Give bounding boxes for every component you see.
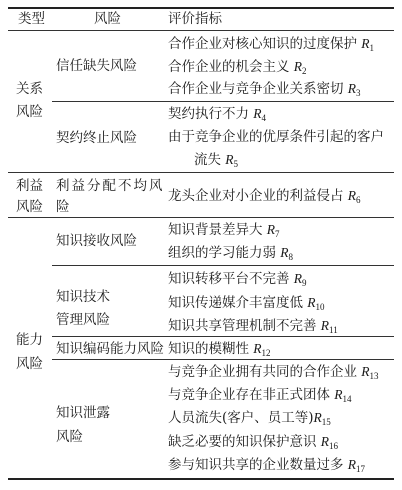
indicator-cell: 知识传递媒介丰富度低 R10 <box>168 295 325 315</box>
indicator-cell: 合作企业的机会主义 R2 <box>168 59 307 79</box>
group-rule <box>8 217 394 218</box>
header-rule <box>8 30 394 31</box>
risk-cell: 风险 <box>56 429 83 445</box>
risk-cell: 知识泄露 <box>56 405 110 421</box>
indicator-cell: 缺乏必要的知识保护意识 R16 <box>168 434 338 454</box>
indicator-cell: 知识转移平台不完善 R9 <box>168 271 307 291</box>
risk-cell: 利益分配不均风 <box>56 178 165 194</box>
indicator-cell: 参与知识共享的企业数量过多 R17 <box>168 457 365 477</box>
indicator-cell: 知识背景差异大 R7 <box>168 222 280 242</box>
risk-cell: 信任缺失风险 <box>56 58 137 74</box>
risk-cell: 管理风险 <box>56 312 110 328</box>
indicator-cell: 组织的学习能力弱 R8 <box>168 245 293 265</box>
indicator-cell: 知识的模糊性 R12 <box>168 341 271 361</box>
indicator-cell: 与竞争企业拥有共同的合作企业 R13 <box>168 364 379 384</box>
row-rule <box>52 101 394 102</box>
group-rule <box>8 172 394 173</box>
risk-cell: 知识技术 <box>56 289 110 305</box>
type-cell: 利益 <box>16 178 43 194</box>
type-cell: 风险 <box>16 199 43 215</box>
header-type: 类型 <box>18 11 45 27</box>
type-cell: 风险 <box>16 356 43 372</box>
indicator-cell: 与竞争企业存在非正式团体 R14 <box>168 387 352 407</box>
top-rule <box>8 7 394 9</box>
indicator-cell: 合作企业对核心知识的过度保护 R1 <box>168 36 374 56</box>
header-risk: 风险 <box>94 11 121 27</box>
indicator-cell: 合作企业与竞争企业关系密切 R3 <box>168 81 361 101</box>
indicator-cell: 知识共享管理机制不完善 R11 <box>168 318 338 338</box>
indicator-cell: 龙头企业对小企业的利益侵占 R6 <box>168 188 361 208</box>
row-rule <box>52 265 394 266</box>
type-cell: 能力 <box>16 332 43 348</box>
indicator-cell: 由于竞争企业的优厚条件引起的客户 <box>168 129 384 145</box>
indicator-cell-cont: 流失 R5 <box>194 152 238 172</box>
bottom-rule <box>8 478 394 480</box>
risk-cell: 知识编码能力风险 <box>56 341 164 357</box>
risk-cell: 险 <box>56 199 70 215</box>
header-indicator: 评价指标 <box>168 11 222 27</box>
type-cell: 风险 <box>16 104 43 120</box>
risk-cell: 知识接收风险 <box>56 233 137 249</box>
risk-cell: 契约终止风险 <box>56 130 137 146</box>
indicator-cell: 人员流失(客户、员工等)R15 <box>168 410 331 430</box>
indicator-cell: 契约执行不力 R4 <box>168 106 266 126</box>
type-cell: 关系 <box>16 81 43 97</box>
